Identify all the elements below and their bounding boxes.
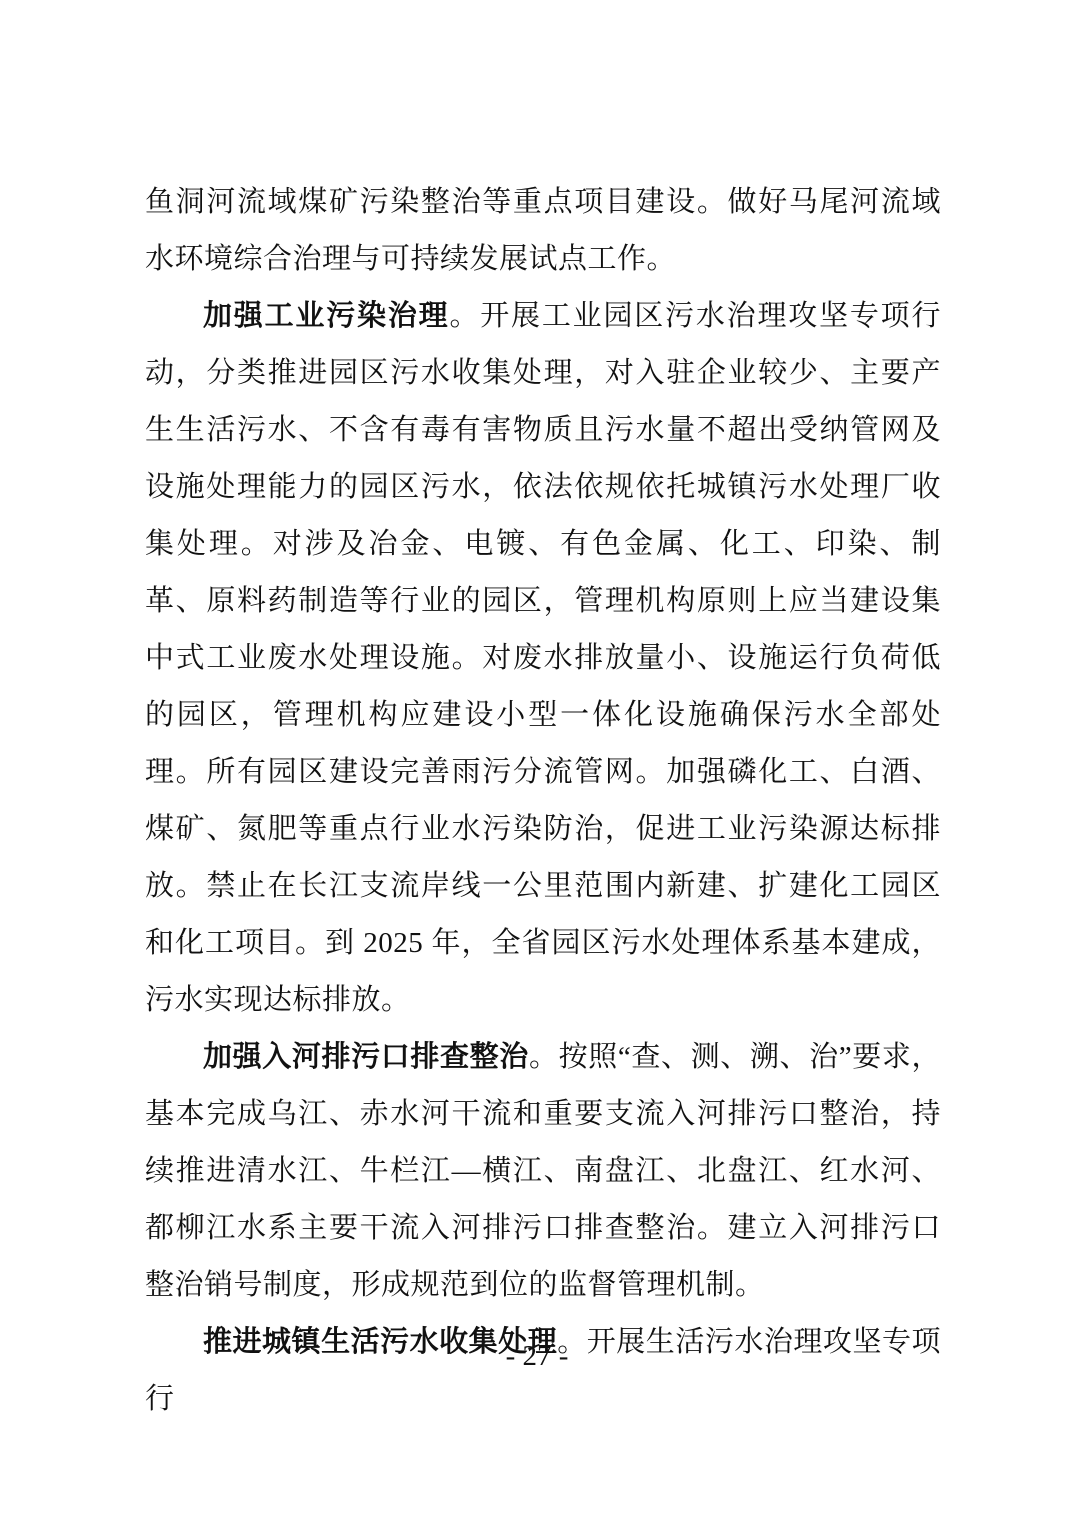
page-number: - 27 - bbox=[0, 1336, 1074, 1376]
paragraph-continuation: 鱼洞河流域煤矿污染整治等重点项目建设。做好马尾河流域水环境综合治理与可持续发展试… bbox=[145, 174, 941, 288]
paragraph-heading: 加强入河排污口排查整治 bbox=[203, 1041, 529, 1073]
paragraph-industrial-pollution: 加强工业污染治理。开展工业园区污水治理攻坚专项行动，分类推进园区污水收集处理，对… bbox=[145, 288, 941, 1029]
paragraph-text: 。开展工业园区污水治理攻坚专项行动，分类推进园区污水收集处理，对入驻企业较少、主… bbox=[145, 300, 941, 1016]
paragraph-text: 鱼洞河流域煤矿污染整治等重点项目建设。做好马尾河流域水环境综合治理与可持续发展试… bbox=[145, 186, 941, 275]
document-page: 鱼洞河流域煤矿污染整治等重点项目建设。做好马尾河流域水环境综合治理与可持续发展试… bbox=[0, 0, 1074, 1520]
document-body: 鱼洞河流域煤矿污染整治等重点项目建设。做好马尾河流域水环境综合治理与可持续发展试… bbox=[145, 174, 941, 1428]
paragraph-text: 。按照“查、测、溯、治”要求，基本完成乌江、赤水河干流和重要支流入河排污口整治，… bbox=[145, 1041, 941, 1301]
paragraph-sewage-outlets: 加强入河排污口排查整治。按照“查、测、溯、治”要求，基本完成乌江、赤水河干流和重… bbox=[145, 1029, 941, 1314]
paragraph-heading: 加强工业污染治理 bbox=[203, 300, 449, 332]
